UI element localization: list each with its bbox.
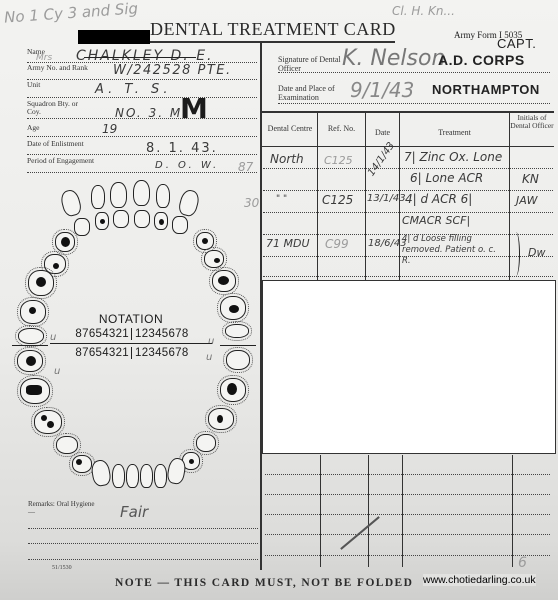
tooth-upper-right-molar	[220, 296, 246, 320]
tooth-upper	[172, 216, 188, 234]
col-header-treatment: Treatment	[400, 128, 509, 137]
age-value: 19	[102, 122, 117, 136]
lower-col-divider-1	[320, 455, 321, 567]
tooth-lower-left-molar	[17, 350, 43, 372]
card-title: DENTAL TREATMENT CARD	[150, 19, 396, 40]
engagement-label: Period of Engagement	[27, 157, 94, 165]
title-rule	[150, 41, 395, 43]
corps-stamp: A.D. CORPS	[438, 52, 525, 68]
tooth-lower	[140, 464, 153, 488]
col-header-initials: Initials of Dental Officer	[510, 114, 554, 130]
cell-treatment: 4| d Loose filling removed. Patient o. c…	[402, 234, 507, 267]
lower-row-line-4	[265, 534, 550, 535]
tooth-lower-left-molar	[72, 455, 92, 473]
notation-lower-row: 87654321 12345678	[56, 345, 206, 361]
notation-legend: NOTATION 87654321 12345678 87654321 1234…	[56, 312, 206, 361]
tooth-upper	[154, 212, 168, 230]
squadron-line	[27, 118, 257, 119]
notation-lower-left: 87654321	[59, 347, 131, 359]
page-number-annotation: 6	[518, 555, 527, 571]
place-stamp: NORTHAMPTON	[432, 82, 540, 97]
tooth-upper-right-molar	[212, 270, 236, 292]
tooth-upper-left-molar	[28, 270, 54, 296]
squadron-m-mark: M	[180, 92, 208, 125]
lower-row-line-1	[265, 474, 550, 475]
margin-mark-30: 30	[244, 196, 259, 210]
cell-date: 18/6/43	[368, 238, 407, 249]
tooth-lower-left-molar	[56, 436, 78, 454]
age-line	[27, 136, 257, 137]
notation-lower-right: 12345678	[131, 347, 203, 359]
cell-initials: JAW	[516, 194, 537, 207]
tooth-lower-right-molar	[220, 378, 246, 402]
left-jaw-divider	[12, 345, 48, 346]
watermark-link[interactable]: www.chotiedarling.co.uk	[423, 574, 536, 586]
lower-col-divider-2	[368, 455, 369, 567]
army-no-label: Army No. and Rank	[27, 64, 88, 72]
tooth-lower-left-molar	[34, 410, 62, 434]
col-header-dental-centre: Dental Centre	[263, 124, 317, 133]
tooth-upper	[91, 185, 105, 209]
date-place-line	[278, 103, 550, 104]
cell-date: 13/1/43	[367, 193, 406, 204]
redaction-bar	[78, 30, 150, 44]
name-strikethrough	[84, 57, 196, 58]
footer-note: NOTE — THIS CARD MUST, NOT BE FOLDED	[115, 577, 413, 589]
remarks-line-3	[28, 559, 258, 560]
unit-label: Unit	[27, 81, 40, 89]
signature-value: K. Nelson	[342, 46, 445, 71]
dental-treatment-card: No 1 Cy 3 and Sig Cl. H. Kn... DENTAL TR…	[0, 0, 558, 600]
unit-line	[27, 97, 257, 98]
signature-label: Signature of Dental Officer	[278, 55, 348, 73]
lower-row-line-3	[265, 514, 550, 515]
notation-title: NOTATION	[56, 312, 206, 326]
cell-centre: 71 MDU	[266, 237, 310, 250]
blank-white-panel	[262, 280, 556, 454]
remarks-label: Remarks: Oral Hygiene—	[28, 500, 98, 516]
row-line-1	[263, 168, 553, 169]
tooth-upper	[113, 210, 129, 228]
cell-treatment: 4| d ACR 6|	[405, 192, 472, 206]
tooth-upper	[177, 188, 201, 218]
row-line-6	[263, 276, 553, 277]
tooth-upper-right-molar	[204, 250, 224, 268]
tooth-lower-left-molar	[20, 378, 50, 404]
age-label: Age	[27, 124, 40, 132]
cell-centre: " "	[276, 194, 287, 204]
rank-stamp: CAPT.	[497, 36, 536, 51]
tooth-upper-left-molar	[20, 300, 46, 324]
side-mark-left-lower: u	[54, 366, 60, 377]
lower-row-line-2	[265, 494, 550, 495]
notation-divider	[50, 343, 212, 344]
tooth-lower-right-molar	[226, 350, 250, 370]
col-divider-2	[365, 112, 366, 280]
lower-row-line-5	[265, 555, 550, 556]
form-code: 51/1530	[52, 565, 72, 571]
oral-hygiene-value: Fair	[120, 503, 148, 521]
tooth-lower	[90, 459, 112, 488]
cell-centre: North	[270, 152, 304, 166]
table-top-border	[262, 111, 554, 113]
tooth-upper	[110, 182, 127, 208]
enlistment-label: Date of Enlistment	[27, 140, 84, 148]
tooth-upper	[95, 212, 109, 230]
header-bottom-border	[262, 146, 554, 147]
tooth-upper-left-molar	[55, 232, 75, 252]
engagement-line	[27, 172, 257, 173]
squadron-label: Squadron Bty. or Coy.	[27, 100, 87, 116]
tooth-lower	[154, 464, 167, 488]
tooth-lower	[166, 457, 187, 486]
bracket-mark	[512, 232, 520, 276]
tooth-upper	[134, 210, 150, 228]
tooth-lower-right-molar	[196, 434, 216, 452]
tooth-lower-right-molar	[208, 408, 234, 430]
enlistment-line	[27, 154, 257, 155]
lower-col-divider-4	[512, 455, 513, 567]
army-no-line	[27, 79, 257, 80]
tooth-upper-left-molar	[18, 328, 44, 344]
cell-treatment: 6| Lone ACR	[410, 171, 483, 185]
cell-ref: C125	[324, 154, 353, 167]
col-divider-1	[317, 112, 318, 280]
tooth-upper-right-molar	[225, 324, 249, 338]
top-annotation: No 1 Cy 3 and Sig	[4, 0, 139, 27]
engagement-value: D. O. W.	[155, 160, 219, 171]
tooth-upper	[74, 218, 90, 236]
cell-initials: Dw	[528, 246, 545, 259]
tooth-lower	[126, 464, 139, 488]
right-jaw-divider	[220, 345, 256, 346]
unit-value: A. T. S.	[95, 82, 171, 97]
notation-upper-row: 87654321 12345678	[56, 326, 206, 342]
tooth-upper	[156, 184, 170, 208]
cell-treatment: 7| Zinc Ox. Lone	[404, 150, 502, 164]
notation-upper-right: 12345678	[131, 328, 203, 340]
remarks-line-1	[28, 528, 258, 529]
lower-col-divider-3	[402, 455, 403, 567]
tooth-upper	[133, 180, 150, 206]
date-value: 9/1/43	[350, 78, 414, 102]
col-header-date: Date	[366, 128, 399, 137]
tooth-lower	[112, 464, 125, 488]
row-line-3	[263, 212, 553, 213]
tooth-upper	[59, 188, 83, 218]
cell-treatment: CMACR SCF|	[402, 214, 470, 227]
cell-ref: C99	[325, 237, 349, 251]
tooth-upper-right-molar	[196, 232, 214, 250]
remarks-line-2	[28, 543, 258, 544]
cell-ref: C125	[322, 193, 353, 207]
side-mark-right-upper: u	[208, 336, 214, 347]
row-line-2	[263, 190, 553, 191]
col-header-ref-no: Ref. No.	[318, 124, 365, 133]
col-divider-4	[509, 112, 510, 280]
cell-initials: KN	[522, 172, 539, 186]
side-mark-right-lower: u	[206, 352, 212, 363]
pen-stroke-mark	[340, 516, 380, 550]
army-no-value: W/242528 PTE.	[113, 63, 232, 78]
date-place-label: Date and Place of Examination	[278, 84, 358, 102]
signature-line	[278, 72, 550, 73]
notation-upper-left: 87654321	[59, 328, 131, 340]
top-right-annotation: Cl. H. Kn...	[392, 4, 455, 18]
